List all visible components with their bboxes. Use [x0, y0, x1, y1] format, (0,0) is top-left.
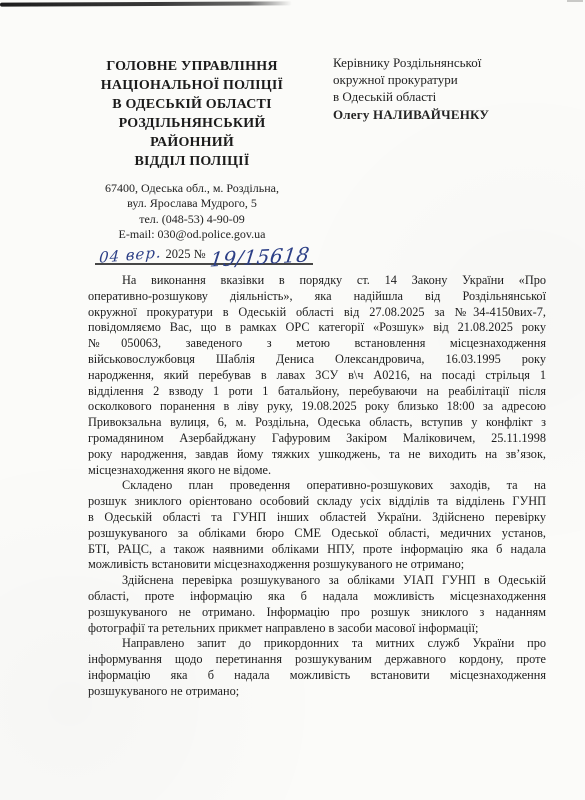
document-body: На виконання вказівки в порядку ст. 14 З…	[88, 273, 546, 700]
body-line: На виконання вказівки в порядку ст. 14 З…	[88, 273, 546, 289]
body-line: №050063, заведеного з метою встановлення…	[88, 336, 546, 352]
body-line: року народження, завдав йому тяжких ушко…	[88, 447, 546, 463]
body-line: інформування щодо перетинання розшукуван…	[88, 652, 546, 668]
address-line: 67400, Одеська обл., м. Роздільна,	[78, 181, 306, 196]
body-line: області, проте інформацію яка б надала м…	[88, 589, 546, 605]
body-line: відділення 2 взводу 1 роти 1 батальйону,…	[88, 384, 546, 400]
body-line: Складено план проведення оперативно-розш…	[88, 478, 546, 494]
body-line: БТІ, РАЦС, а також наявними обліками НПУ…	[88, 542, 546, 558]
sender-address: 67400, Одеська обл., м. Роздільна, вул. …	[78, 181, 306, 242]
sender-name-line: ГОЛОВНЕ УПРАВЛІННЯ	[78, 57, 306, 76]
body-line: інформацію яка б надала можливість встан…	[88, 668, 546, 684]
paragraph: Направлено запит до прикордонних та митн…	[88, 636, 546, 699]
recipient-line: окружної прокуратури	[333, 71, 523, 88]
body-line: фотографії та ретельних прикмет направле…	[88, 621, 546, 637]
body-line: Привокзальна вулиця, 6, м. Роздільна, Од…	[88, 415, 546, 431]
paragraph: Здійснена перевірка розшукуваного за обл…	[88, 573, 546, 636]
reference-line: 04 вер. 2025 № 19/15618	[95, 240, 313, 265]
sender-name-line: НАЦІОНАЛЬНОЇ ПОЛІЦІЇ	[78, 76, 306, 95]
recipient-line: в Одеській області	[333, 88, 523, 105]
paragraph: Складено план проведення оперативно-розш…	[88, 478, 546, 573]
body-line: розшукуваного не отримано;	[88, 684, 546, 700]
body-line: громадянином Азербайджану Гафуровим Закі…	[88, 431, 546, 447]
body-line: розшук зниклого орієнтовано особовий скл…	[88, 494, 546, 510]
sender-name-line: РАЙОННИЙ	[78, 133, 306, 152]
paragraph: На виконання вказівки в порядку ст. 14 З…	[88, 273, 546, 478]
sender-name-line: В ОДЕСЬКІЙ ОБЛАСТІ	[78, 95, 306, 114]
body-line: в Одеській області та ГУНП інших областе…	[88, 510, 546, 526]
recipient-name: Олегу НАЛИВАЙЧЕНКУ	[333, 106, 523, 123]
body-line: розшукуваного не отримано. Інформацію пр…	[88, 605, 546, 621]
body-line: Направлено запит до прикордонних та митн…	[88, 636, 546, 652]
recipient-block: Керівнику Роздільнянської окружної проку…	[333, 54, 523, 123]
body-line: можливість встановити місцезнаходження р…	[88, 557, 546, 573]
body-line: розшукуваного за обліками бюро СМЕ Одесь…	[88, 526, 546, 542]
handwritten-document-number: 19/15618	[208, 242, 311, 271]
address-line: вул. Ярослава Мудрого, 5	[78, 196, 306, 211]
recipient-line: Керівнику Роздільнянської	[333, 54, 523, 71]
sender-name-line: ВІДДІЛ ПОЛІЦІЇ	[78, 152, 306, 171]
body-line: місцезнаходження якого не відоме.	[88, 463, 546, 479]
sender-name-line: РОЗДІЛЬНЯНСЬКИЙ	[78, 114, 306, 133]
address-line: тел. (048-53) 4-90-09	[78, 212, 306, 227]
body-line: окружної прокуратури в Одеській області …	[88, 305, 546, 321]
body-line: повідомляємо Вас, що в рамках ОРС катего…	[88, 320, 546, 336]
body-line: оперативно-розшукову діяльність», яка на…	[88, 289, 546, 305]
body-line: військовослужбовця Шаблія Дениса Олексан…	[88, 352, 546, 368]
reference-printed-label: 2025 №	[165, 247, 205, 262]
scan-artifact-corner	[567, 0, 583, 2]
body-line: народження, який перебував в лавах ЗСУ в…	[88, 368, 546, 384]
sender-letterhead: ГОЛОВНЕ УПРАВЛІННЯ НАЦІОНАЛЬНОЇ ПОЛІЦІЇ …	[78, 57, 306, 171]
handwritten-date: 04 вер.	[98, 243, 162, 267]
document-page: ГОЛОВНЕ УПРАВЛІННЯ НАЦІОНАЛЬНОЇ ПОЛІЦІЇ …	[0, 0, 585, 800]
scan-artifact-line	[0, 1, 292, 6]
body-line: Здійснена перевірка розшукуваного за обл…	[88, 573, 546, 589]
body-line: осколкового поранення в ліву руку, 19.08…	[88, 399, 546, 415]
